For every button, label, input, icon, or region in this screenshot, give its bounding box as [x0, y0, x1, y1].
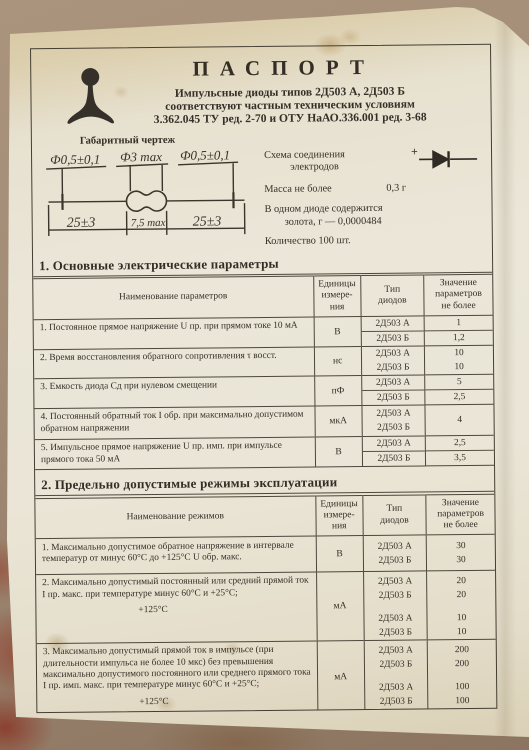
value-b: 2,5: [425, 389, 493, 405]
mode-name-main: 2. Максимально допустимый постоянный или…: [42, 576, 312, 601]
mode-name: 1. Максимально допустимое обратное напря…: [36, 536, 316, 574]
diode-types: 2Д503 А 2Д503 Б: [361, 316, 425, 347]
type-b: 2Д503 Б: [362, 389, 424, 405]
dim-label-diameter-mid: Ф3 max: [120, 149, 162, 164]
param-values: 2,5 3,5: [425, 435, 494, 466]
param-unit: нс: [314, 346, 362, 375]
mass-value: 0,3 г: [386, 183, 406, 196]
table-row: 4. Постоянный обратный ток I обр. при ма…: [34, 404, 493, 439]
col-header-value: Значение параметров не более: [426, 494, 495, 535]
mode-unit: В: [316, 536, 364, 572]
value-b: 100: [428, 693, 496, 708]
gold-line-2: золота, г — 0,0000484: [265, 215, 486, 230]
dim-label-length-right: 25±3: [193, 214, 222, 229]
type-a: 2Д503 А: [362, 406, 424, 421]
value-a: 200: [428, 642, 496, 657]
mode-name-main: 3. Максимально допустимый прямой ток в и…: [43, 645, 313, 693]
dim-label-length-left: 25±3: [67, 215, 96, 230]
section-2-title: 2. Предельно допустимые режимы эксплуата…: [41, 473, 494, 493]
value-b: 1,2: [425, 330, 493, 346]
mode-name: 3. Максимально допустимый прямой ток в и…: [37, 641, 318, 713]
table-row: 1. Постоянное прямое напряжение U пр. пр…: [34, 315, 493, 349]
mass-label: Масса не более: [264, 183, 386, 197]
param-unit: В: [315, 436, 363, 467]
schema-label-line-1: Схема соединения: [264, 149, 345, 163]
type-b: 2Д503 Б: [365, 694, 427, 709]
mode-values: 20 20 10 10: [427, 570, 496, 640]
value-b: 200: [428, 656, 496, 671]
plus-sign: +: [411, 144, 418, 158]
value-a: 10: [428, 611, 496, 626]
type-a: 2Д503 А: [362, 346, 424, 361]
value-a: 10: [425, 346, 493, 361]
diode-symbol-icon: +: [409, 143, 483, 170]
type-b: 2Д503 Б: [363, 450, 425, 466]
type-a: 2Д503 А: [364, 611, 426, 626]
gold-content: В одном диоде содержится золота, г — 0,0…: [265, 202, 486, 230]
photo-background: ПАСПОРТ Импульсные диоды типов 2Д503 А, …: [0, 0, 529, 750]
info-column: Схема соединения электродов +: [252, 145, 492, 248]
document-frame: ПАСПОРТ Импульсные диоды типов 2Д503 А, …: [30, 44, 497, 713]
col-header-units: Единицы измере- ния: [315, 495, 363, 536]
type-a: 2Д503 А: [361, 316, 423, 331]
type-a: 2Д503 А: [365, 680, 427, 695]
type-b: 2Д503 Б: [364, 553, 426, 568]
value-b: 10: [428, 625, 496, 640]
type-b: 2Д503 Б: [362, 420, 424, 435]
mode-values: 200 200 100 100: [427, 639, 496, 713]
mode-unit: мА: [317, 640, 365, 713]
type-b: 2Д503 Б: [362, 360, 424, 375]
type-b: 2Д503 Б: [365, 657, 427, 672]
diode-types: 2Д503 А 2Д503 Б: [362, 405, 426, 436]
type-a: 2Д503 А: [362, 375, 424, 390]
mode-name-sub-temp: +125°С: [139, 695, 313, 708]
param-unit: пФ: [314, 375, 362, 405]
param-name: 3. Емкость диода Сд при нулевом смещении: [34, 376, 314, 409]
value-a: 1: [425, 316, 493, 331]
section-1-title: 1. Основные электрические параметры: [39, 254, 492, 274]
parameters-table-wrap: Наименование параметров Единицы измере- …: [33, 272, 494, 471]
table-row: 3. Емкость диода Сд при нулевом смещении…: [34, 374, 493, 408]
dim-label-length-mid: 7,5 max: [131, 217, 166, 229]
electrode-schema-row: Схема соединения электродов +: [264, 147, 485, 175]
value-b: 3,5: [426, 449, 494, 465]
type-b: 2Д503 Б: [362, 330, 424, 346]
dim-label-diameter-left: Ф0,5±0,1: [50, 151, 100, 166]
table-row: 2. Время восстановления обратного сопрот…: [34, 345, 493, 378]
param-unit: В: [314, 316, 362, 346]
quantity: Количество 100 шт.: [265, 234, 486, 249]
col-header-value: Значение параметров не более: [424, 275, 493, 316]
param-name: 4. Постоянный обратный ток I обр. при ма…: [34, 406, 314, 439]
modes-table-wrap: Наименование режимов Единицы измере- ния…: [35, 491, 496, 713]
value-a: 2,5: [426, 435, 494, 450]
col-header-name: Наименование режимов: [35, 496, 315, 539]
drawing-and-info-row: Ф0,5±0,1 Ф3 max Ф0,5±0,1 25±3 7,5 max 25…: [32, 145, 492, 251]
value-a: 20: [427, 574, 495, 589]
dim-label-diameter-right: Ф0,5±0,1: [180, 148, 230, 163]
diode-types: 2Д503 А 2Д503 Б 2Д503 А 2Д503 Б: [363, 571, 427, 641]
type-b: 2Д503 Б: [364, 588, 426, 603]
table-row: 2. Максимально допустимый постоянный или…: [36, 570, 496, 643]
table-header-row: Наименование параметров Единицы измере- …: [33, 275, 492, 320]
value-a: 100: [428, 679, 496, 694]
param-name: 2. Время восстановления обратного сопрот…: [34, 347, 314, 379]
mode-unit: мА: [316, 571, 364, 640]
diode-types: 2Д503 А 2Д503 Б: [363, 535, 427, 571]
mass-row: Масса не более 0,3 г: [264, 182, 485, 197]
operating-modes-table: Наименование режимов Единицы измере- ния…: [35, 494, 496, 714]
value-b: 10: [425, 360, 493, 375]
type-a: 2Д503 А: [365, 643, 427, 658]
schema-label: Схема соединения электродов: [264, 149, 345, 175]
param-values: 5 2,5: [425, 374, 494, 405]
param-value-merged: 4: [425, 404, 494, 435]
param-values: 10 10: [424, 345, 493, 375]
diode-types: 2Д503 А 2Д503 Б: [361, 346, 425, 376]
value-b: 30: [427, 552, 495, 567]
mode-values: 30 30: [426, 535, 495, 571]
col-header-name: Наименование параметров: [33, 276, 313, 319]
type-a: 2Д503 А: [364, 539, 426, 554]
type-b: 2Д503 Б: [364, 625, 426, 640]
diode-types: 2Д503 А 2Д503 Б: [361, 375, 425, 406]
value-a: 5: [425, 375, 493, 390]
param-name: 1. Постоянное прямое напряжение U пр. пр…: [34, 317, 314, 350]
dimensional-drawing: Ф0,5±0,1 Ф3 max Ф0,5±0,1 25±3 7,5 max 25…: [40, 148, 253, 242]
factory-logo-icon: [61, 66, 120, 133]
col-header-units: Единицы измере- ния: [313, 276, 361, 317]
param-unit: мкА: [314, 405, 362, 436]
table-row: 3. Максимально допустимый прямой ток в и…: [37, 639, 497, 713]
param-values: 1 1,2: [424, 315, 493, 346]
table-header-row: Наименование режимов Единицы измере- ния…: [35, 494, 494, 539]
value-b: 20: [427, 588, 495, 603]
mode-name: 2. Максимально допустимый постоянный или…: [36, 572, 317, 644]
col-header-type: Тип диодов: [363, 495, 427, 536]
type-a: 2Д503 А: [363, 436, 425, 451]
col-header-type: Тип диодов: [360, 275, 424, 316]
schema-label-line-2: электродов: [264, 162, 345, 176]
table-row: 5. Импульсное прямое напряжение U пр. им…: [35, 435, 494, 470]
value-a: 30: [427, 538, 495, 553]
mode-name-sub-temp: +125°С: [138, 604, 312, 617]
diode-types: 2Д503 А 2Д503 Б: [362, 436, 426, 467]
param-name: 5. Импульсное прямое напряжение U пр. им…: [35, 437, 315, 470]
diode-types: 2Д503 А 2Д503 Б 2Д503 А 2Д503 Б: [364, 640, 428, 713]
electrical-parameters-table: Наименование параметров Единицы измере- …: [33, 274, 494, 471]
type-a: 2Д503 А: [364, 574, 426, 589]
table-row: 1. Максимально допустимое обратное напря…: [36, 535, 495, 575]
